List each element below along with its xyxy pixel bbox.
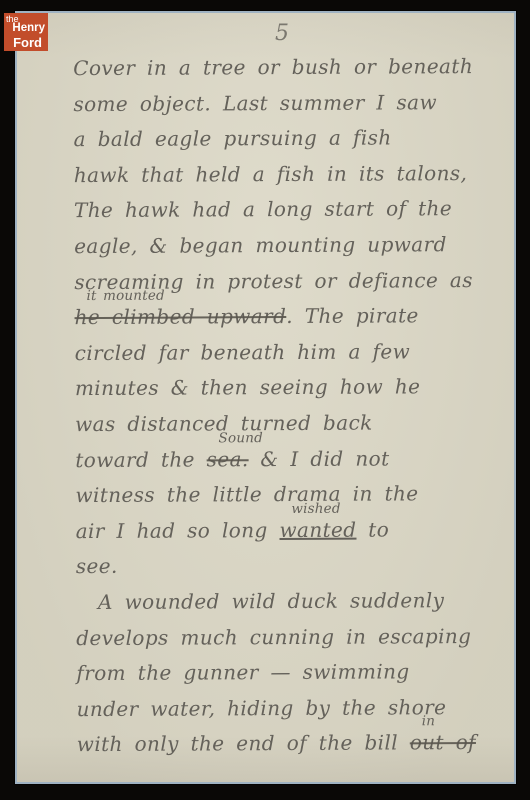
manuscript-line: A wounded wild duck suddenly <box>76 583 503 621</box>
handwritten-text: The hawk had a long start of the <box>74 197 452 223</box>
manuscript-line: under water, hiding by the shore <box>76 690 503 728</box>
handwritten-text: toward the <box>75 447 206 472</box>
scan-background: 5 Cover in a tree or bush or beneathsome… <box>0 0 530 800</box>
handwritten-text: some object. Last summer I saw <box>73 90 437 116</box>
handwritten-text: circled far beneath him a few <box>75 339 411 365</box>
handwritten-text: from the gunner — swimming <box>76 659 409 685</box>
manuscript-line: toward the sea.Sound & I did not <box>75 440 502 478</box>
inserted-correction-text: it mounted <box>86 290 164 303</box>
logo-text-ford: Ford <box>13 36 42 49</box>
manuscript-line: some object. Last summer I saw <box>73 84 500 122</box>
manuscript-line: The hawk had a long start of the <box>74 191 501 229</box>
inserted-correction-text: wished <box>291 502 340 515</box>
manuscript-line: he climbed upwardit mounted. The pirate <box>74 298 501 336</box>
manuscript-line: circled far beneath him a few <box>75 334 502 372</box>
handwritten-text: . The pirate <box>286 303 419 328</box>
manuscript-line: see. <box>76 547 503 585</box>
handwritten-text: hawk that held a fish in its talons, <box>74 161 468 187</box>
struck-text: he climbed upwardit mounted <box>74 304 286 329</box>
handwritten-text: under water, hiding by the shore <box>77 695 447 721</box>
manuscript-line: hawk that held a fish in its talons, <box>74 156 501 194</box>
handwritten-text: to <box>356 517 389 541</box>
handwritten-text: A wounded wild duck suddenly <box>98 588 444 614</box>
handwritten-text: a bald eagle pursuing a fish <box>74 126 392 152</box>
manuscript-line: develops much cunning in escaping <box>76 618 503 656</box>
manuscript-line: minutes & then seeing how he <box>75 369 502 407</box>
handwritten-text: & I did not <box>249 446 390 471</box>
underlined-text: wantedwished <box>279 517 356 541</box>
struck-text: sea.Sound <box>207 447 249 471</box>
handwritten-text: air I had so long <box>76 518 280 543</box>
handwritten-text: with only the end of the bill <box>77 731 410 757</box>
handwritten-text: witness the little drama in the <box>75 481 418 507</box>
handwritten-text: see. <box>76 554 118 578</box>
manuscript-line: air I had so long wantedwished to <box>76 512 503 550</box>
manuscript-line: with only the end of the bill out ofin <box>77 725 504 763</box>
manuscript-line: eagle, & began mounting upward <box>74 227 501 265</box>
manuscript-line: witness the little drama in the <box>75 476 502 514</box>
inserted-correction-text: in <box>422 716 435 729</box>
handwritten-text: Cover in a tree or bush or beneath <box>73 54 473 80</box>
henry-ford-logo: the Henry Ford <box>4 13 48 51</box>
manuscript-line: from the gunner — swimming <box>76 654 503 692</box>
struck-text: out ofin <box>410 730 476 754</box>
manuscript-line: Cover in a tree or bush or beneath <box>73 49 500 87</box>
logo-text-henry: Henry <box>12 23 45 35</box>
handwritten-text: develops much cunning in escaping <box>76 624 471 650</box>
manuscript-line: was distanced turned back <box>75 405 502 443</box>
handwritten-text: minutes & then seeing how he <box>75 375 421 401</box>
inserted-correction-text: Sound <box>218 432 262 445</box>
manuscript-text: Cover in a tree or bush or beneathsome o… <box>73 49 504 763</box>
handwritten-text: eagle, & began mounting upward <box>74 232 447 258</box>
page-number: 5 <box>275 21 289 46</box>
manuscript-page: 5 Cover in a tree or bush or beneathsome… <box>15 11 516 784</box>
manuscript-line: a bald eagle pursuing a fish <box>74 120 501 158</box>
